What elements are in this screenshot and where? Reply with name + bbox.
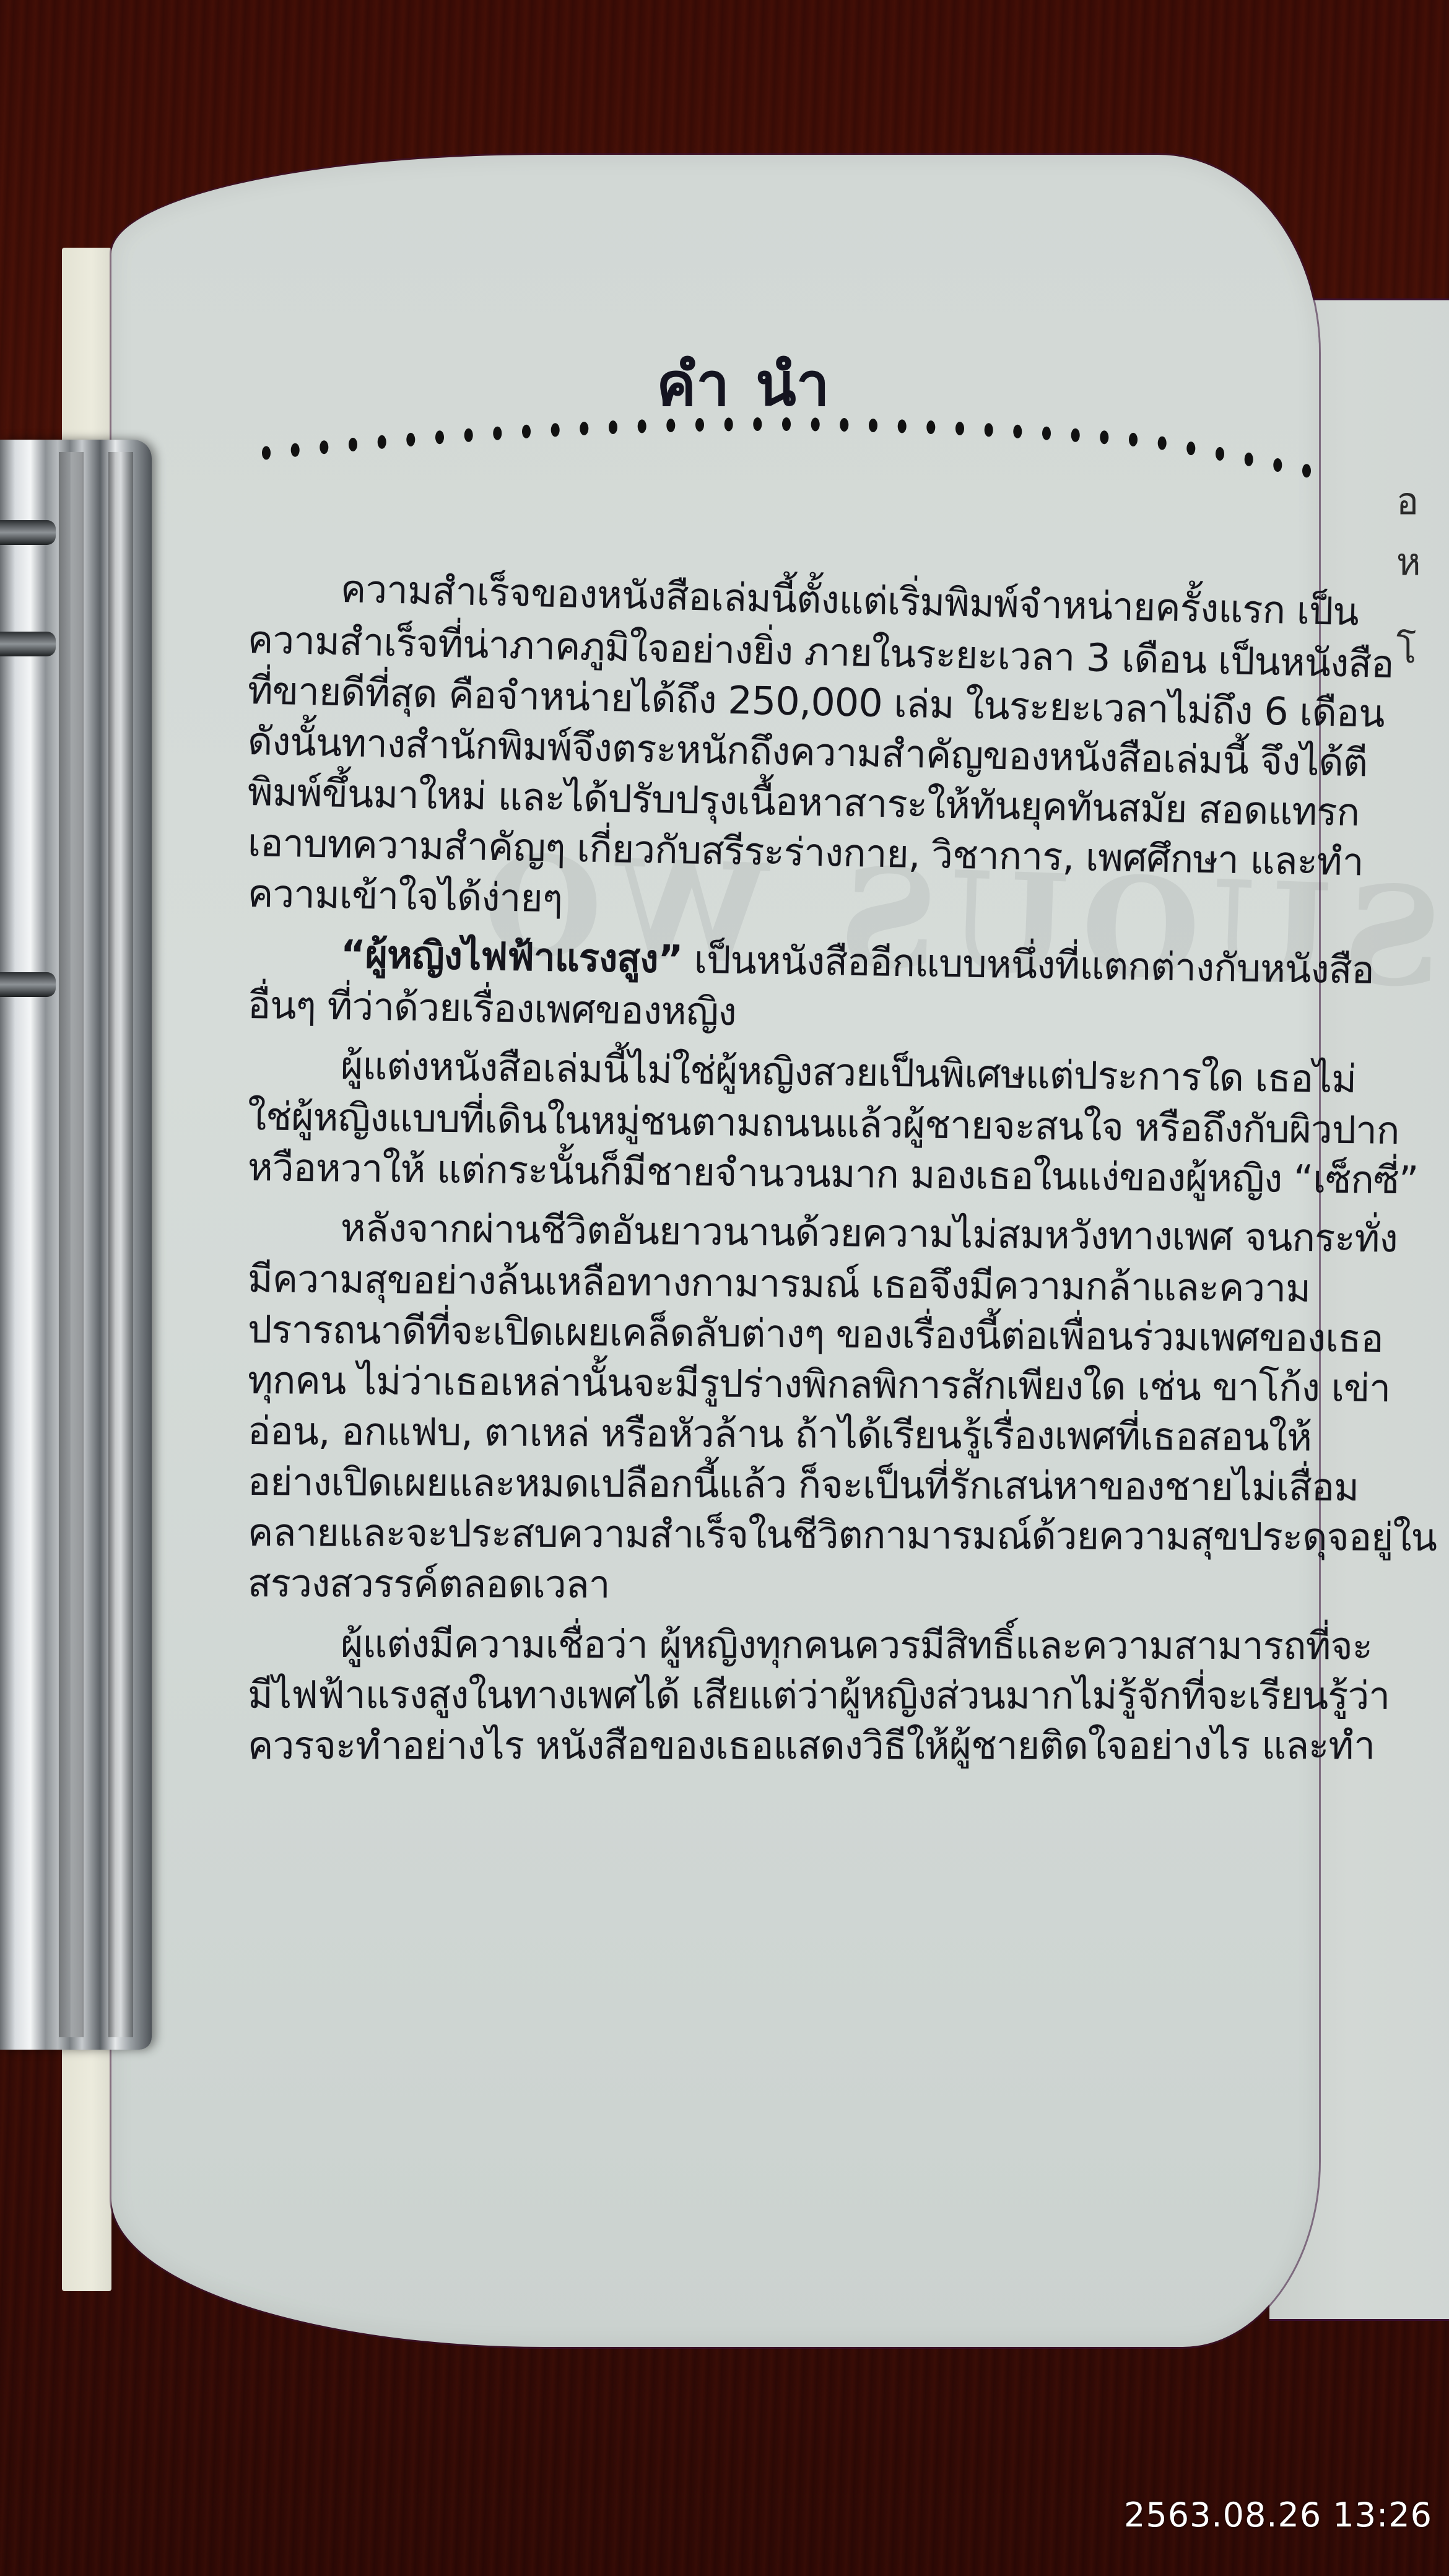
ornament-dot [320, 440, 328, 454]
text-line-content: ผู้แต่งมีความเชื่อว่า ผู้หญิงทุกคนควรมีส… [341, 1621, 1372, 1668]
ornament-dot [840, 418, 848, 432]
ornament-dot [1129, 433, 1138, 446]
text-line: อื่นๆ ที่ว่าด้วยเรื่องเพศของหญิง [247, 975, 736, 1042]
next-page-fragment: อ [1396, 472, 1419, 531]
ornament-dot [522, 425, 531, 438]
ornament-dot [551, 423, 560, 437]
ornament-dot [378, 435, 386, 449]
ornament-dot [869, 419, 877, 432]
text-line-content: อื่นๆ ที่ว่าด้วยเรื่องเพศของหญิง [247, 982, 736, 1034]
text-line: สรวงสวรรค์ตลอดเวลา [248, 1553, 610, 1615]
dotted-arch-ornament [254, 409, 1319, 495]
ornament-dot [291, 443, 300, 457]
ornament-dot [1100, 430, 1108, 444]
ornament-dot [1013, 425, 1022, 438]
text-line-content: อย่างเปิดเผยและหมดเปลือกนี้แล้ว ก็จะเป็น… [248, 1459, 1359, 1510]
ornament-dot [493, 427, 502, 440]
text-line: ควรจะทำอย่างไร หนังสือของเธอแสดงวิธีให้ผ… [248, 1715, 1375, 1776]
ornament-dot [580, 422, 588, 435]
clip-wire-slot [0, 972, 56, 997]
ornament-dot [609, 420, 617, 434]
ornament-dot [349, 438, 357, 451]
next-page-fragment: ห [1396, 533, 1421, 591]
text-line-content: มีไฟฟ้าแรงสูงในทางเพศได้ เสียแต่ว่าผู้หญ… [248, 1672, 1390, 1718]
text-line: ความเข้าใจได้ง่ายๆ [247, 863, 563, 929]
ornament-dot [811, 417, 820, 431]
text-line-content: หวือหวาให้ แต่กระนั้นก็มีชายจำนวนมาก มอง… [248, 1144, 1419, 1203]
ornament-dot [638, 419, 646, 433]
text-line-content: ควรจะทำอย่างไร หนังสือของเธอแสดงวิธีให้ผ… [248, 1723, 1375, 1768]
ornament-dot [1273, 458, 1282, 472]
ornament-dot [955, 422, 964, 435]
next-page-fragment: โ [1396, 620, 1416, 679]
ornament-dot [985, 423, 993, 437]
ornament-dot [1071, 429, 1080, 442]
ornament-dot [753, 417, 762, 431]
ornament-dot [1245, 453, 1253, 466]
text-line-content: ความเข้าใจได้ง่ายๆ [247, 871, 562, 921]
book-title-quote: “ผู้หญิงไฟฟ้าแรงสูง” [340, 931, 682, 982]
ornament-dot [926, 420, 935, 434]
ornament-dot [406, 433, 415, 446]
ornament-dot [464, 429, 473, 442]
text-line-content: คลายและจะประสบความสำเร็จในชีวิตกามารมณ์ด… [248, 1510, 1437, 1560]
ornament-dot [898, 419, 907, 433]
ornament-dot [262, 446, 271, 459]
ornament-dot [1042, 427, 1051, 440]
clip-rib [59, 452, 84, 2037]
text-line-content: สรวงสวรรค์ตลอดเวลา [248, 1560, 610, 1607]
ornament-dot [1302, 464, 1311, 477]
ornament-dot [1158, 437, 1167, 450]
clip-wire-slot [0, 520, 56, 545]
clip-rib [108, 452, 133, 2037]
ornament-dot [1216, 447, 1224, 461]
ornament-dot [435, 430, 444, 444]
ornament-dot [1186, 442, 1195, 455]
binder-clip [0, 440, 152, 2050]
ornament-dot [724, 417, 733, 431]
photo-timestamp: 2563.08.26 13:26 [1124, 2495, 1432, 2535]
text-line-content: เป็นหนังสืออีกแบบหนึ่งที่แตกต่างกับหนังส… [682, 937, 1375, 993]
ornament-dot [782, 417, 791, 431]
ornament-dot [666, 419, 675, 432]
ornament-dot [695, 418, 704, 432]
clip-wire-slot [0, 632, 56, 656]
